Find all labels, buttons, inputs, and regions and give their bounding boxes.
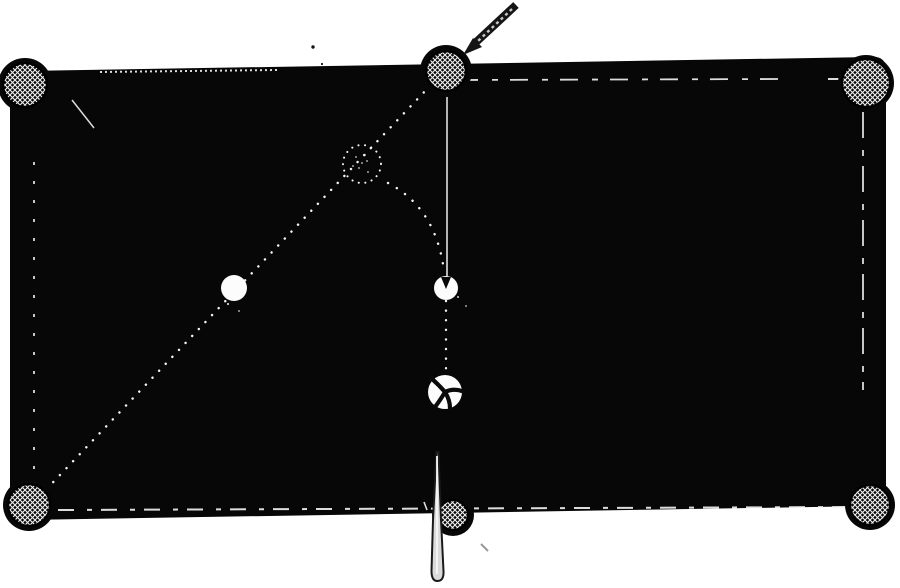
pocket-bottom-left (8, 484, 50, 526)
ghost-ball-contact-position-speckle-6 (361, 162, 363, 164)
pocket-top-side (426, 51, 466, 91)
pocket-top-right (842, 59, 890, 107)
ghost-ball-contact-position-speckle-1 (366, 160, 368, 162)
page-scratch-mark (481, 544, 488, 551)
object-ball-left (221, 275, 247, 301)
pocket-bottom-side (438, 500, 468, 530)
pocket-bottom-right (850, 485, 890, 525)
ghost-ball-contact-position-speckle-4 (352, 165, 354, 167)
billiards-diagram-svg (0, 0, 900, 588)
table-speck-0 (227, 303, 229, 305)
table-speck-2 (457, 296, 459, 298)
ghost-ball-contact-position-speckle-0 (355, 156, 357, 158)
table-speck-1 (238, 310, 240, 312)
ghost-ball-contact-position-speckle-5 (364, 154, 366, 156)
page-speck-0 (311, 45, 314, 48)
pocket-top-left (3, 63, 47, 107)
billiards-diagram-figure (0, 0, 900, 588)
cue-ball-spinning-spin-arm-1 (445, 390, 462, 392)
ghost-ball-contact-position-speckle-2 (358, 167, 360, 169)
ghost-ball-contact-position-speckle-3 (367, 171, 369, 173)
page-speck-1 (321, 63, 323, 65)
table-speck-3 (465, 305, 467, 307)
